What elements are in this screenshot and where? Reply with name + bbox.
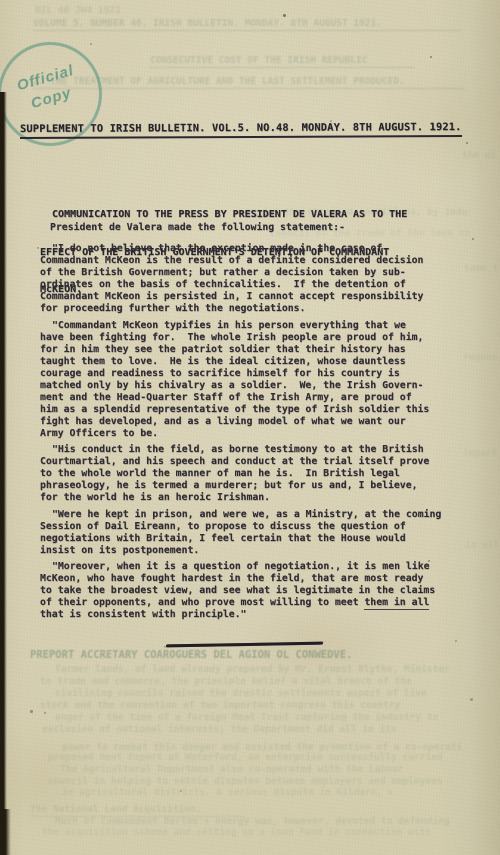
text-line: Courtmartial, and his speech and conduct… — [40, 456, 485, 468]
bulletin-masthead: SUPPLEMENT TO IRISH BULLETIN. VOL.5. NO.… — [20, 121, 462, 138]
ink-speck — [30, 710, 33, 713]
text-line: ordinates on the basis of technicalities… — [40, 279, 485, 291]
statement-body: "I do not believe that the exception mad… — [40, 243, 485, 621]
text-line: "His conduct in the field, as borne test… — [40, 444, 485, 456]
bleedthrough-line: to trade and commerce, the principle bel… — [40, 676, 468, 687]
bleedthrough-line: farmer lands, of land already prepared b… — [55, 664, 460, 675]
paper-stain — [0, 715, 105, 845]
text-line: "Commandant McKeon typifies in his perso… — [40, 320, 485, 332]
bleedthrough-line: CONSECUTIVE COST OF THE IRISH REPUBLIC — [150, 55, 415, 68]
official-copy-stamp: Official Copy — [0, 30, 114, 159]
bleedthrough-line: the with — [462, 150, 496, 161]
bleedthrough-line: exclusion of national interests; the Dep… — [42, 724, 422, 735]
text-line: "Moreover, when it is a question of nego… — [40, 561, 485, 573]
text-line: of their opponents, and who prove most w… — [40, 597, 485, 609]
bleedthrough-line: civilising councils raised the drastic s… — [55, 688, 470, 699]
ink-speck — [455, 640, 457, 642]
paragraph: "Commandant McKeon typifies in his perso… — [40, 320, 485, 440]
text-line: matched only by his chivalry as a soldie… — [40, 380, 485, 392]
bleedthrough-line: PREPORT ACCRETARY COAROGUERS DEL AGION O… — [30, 650, 460, 661]
text-line: taught them to love. He is the ideal cit… — [40, 356, 485, 368]
bleedthrough-line: VOLUME 5. NUMBER 46. IRISH BULLETIN. MON… — [33, 18, 461, 31]
heading-line: COMMUNICATION TO THE PRESS BY PRESIDENT … — [40, 209, 470, 222]
bleedthrough-line: proposed Meat Export at Waterford, an en… — [48, 752, 468, 763]
bleedthrough-line: power to combat this danger and assisted… — [62, 742, 462, 753]
ink-speck — [470, 698, 473, 701]
ink-speck — [472, 238, 474, 240]
page-left-edge — [0, 92, 7, 855]
underlined-phrase: them in all — [364, 597, 429, 610]
text-line: for the world he is an heroic Irishman. — [40, 492, 485, 504]
text-line: "Were he kept in prison, and were we, as… — [40, 509, 485, 521]
text-line: have been fighting for. The whole Irish … — [40, 332, 485, 344]
bleedthrough-line: in agricultural districts. A serious dis… — [62, 787, 392, 798]
bleedthrough-line: NIL 40 JW4 1921 — [35, 5, 155, 16]
ink-speck — [430, 56, 432, 58]
bleedthrough-line: Much of Commandant Barton's energy was, … — [55, 816, 460, 827]
bleedthrough-line: anger of the time of a foreign Meat Trus… — [55, 712, 467, 723]
text-line: Commandant McKeon is persisted in, I can… — [40, 291, 485, 303]
paragraph: "Moreover, when it is a question of nego… — [40, 561, 485, 621]
text-line: for in him they see the patriot soldier … — [40, 344, 485, 356]
text-line: insist on its postponement. — [40, 545, 485, 557]
text-line: of the British Government; but rather a … — [40, 267, 485, 279]
ink-speck — [44, 712, 46, 714]
paragraph: "I do not believe that the exception mad… — [40, 243, 485, 315]
text-line: Commadnant McKeon is the result of a def… — [40, 255, 485, 267]
paragraph: "Were he kept in prison, and were we, as… — [40, 509, 485, 557]
text-line: him as a splendid representative of the … — [40, 404, 485, 416]
bleedthrough-line: The Agricultural Department also co-oper… — [60, 764, 460, 775]
text-line: for proceeding further with the negotiat… — [40, 303, 485, 315]
bleedthrough-line: stock and the convention of two importan… — [40, 700, 470, 711]
scanned-document-page: NIL 40 JW4 1921VOLUME 5. NUMBER 46. IRIS… — [0, 0, 500, 855]
ink-speck — [90, 43, 92, 45]
bleedthrough-line: the acquisition scheme and setting up a … — [42, 827, 437, 838]
text-line: to take the broadest view, and see what … — [40, 585, 485, 597]
separator-rule — [166, 642, 323, 648]
text-line: that is consistent with principle." — [40, 609, 485, 621]
ink-speck — [466, 142, 468, 144]
bleedthrough-line: The National Land Acquisition. — [30, 804, 245, 817]
statement-intro-line: President de Valera made the following s… — [40, 222, 345, 233]
text-line: negotiations with Britain, I feel certai… — [40, 533, 485, 545]
text-line: fight has developed, and as a living mod… — [40, 416, 485, 428]
text-line: to the whole world the manner of man he … — [40, 468, 485, 480]
ink-speck — [283, 14, 286, 17]
text-line: ment and the Head-Quarter Staff of the I… — [40, 392, 485, 404]
text-line: "I do not believe that the exception mad… — [40, 243, 485, 255]
text-line: McKeon, who have fought hardest in the f… — [40, 573, 485, 585]
text-line: phraseology, he is termed a murderer; bu… — [40, 480, 485, 492]
ink-speck — [180, 790, 182, 792]
text-line: Army Officers to be. — [40, 428, 485, 440]
ink-speck — [37, 247, 39, 249]
paragraph: "His conduct in the field, as borne test… — [40, 444, 485, 504]
text-line: Session of Dail Eireann, to propose to d… — [40, 521, 485, 533]
page-left-edge-foot — [0, 809, 11, 855]
bleedthrough-line: council in helping to settle disputes be… — [48, 776, 468, 787]
text-line: courage and readiness to sacrifice himse… — [40, 368, 485, 380]
paper-stain — [375, 55, 500, 185]
